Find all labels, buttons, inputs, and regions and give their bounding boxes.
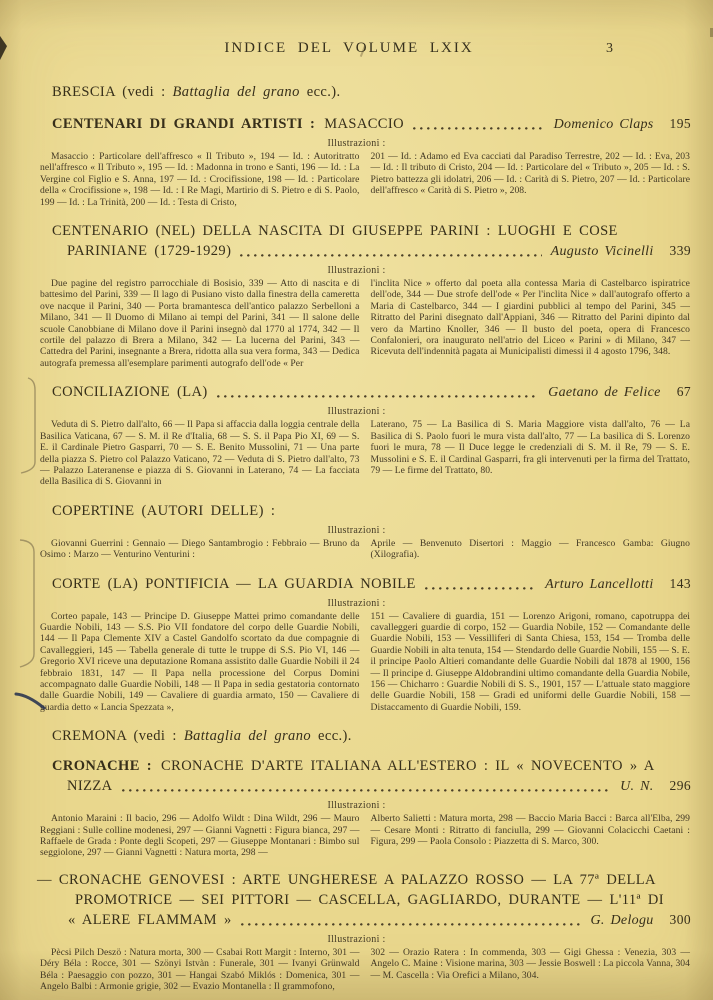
entry-page-ref: 195	[670, 116, 691, 132]
entry-term: CREMONA	[52, 728, 127, 744]
pencil-bracket-conciliazione	[21, 378, 35, 473]
illustrations-label: Illustrazioni :	[0, 525, 713, 536]
page-number: 3	[606, 41, 613, 57]
author-name: Augusto Vicinelli	[551, 244, 654, 260]
entry-parini-heading-line1: CENTENARIO (NEL) DELLA NASCITA DI GIUSEP…	[52, 223, 691, 240]
illustrations-label: Illustrazioni :	[0, 800, 713, 811]
entry-nizza-illustrations: Antonio Maraini : Il bacio, 296 — Adolfo…	[40, 813, 690, 859]
illustrations-label: Illustrazioni :	[0, 934, 713, 945]
column-right: Alberto Salietti : Matura morta, 298 — B…	[371, 813, 691, 859]
dot-leaders	[217, 395, 540, 398]
entry-page-ref: 339	[670, 243, 691, 259]
column-right: Laterano, 75 — La Basilica di S. Maria M…	[371, 419, 691, 487]
illustrations-label: Illustrazioni :	[0, 138, 713, 149]
illustrations-label: Illustrazioni :	[0, 598, 713, 609]
entry-copertine-illustrations: Giovanni Guerrini : Gennaio — Diego Sant…	[40, 538, 690, 561]
entry-masaccio-illustrations: Masaccio : Particolare dell'affresco « I…	[40, 151, 690, 208]
entry-corte-heading: CORTE (LA) PONTIFICIA — LA GUARDIA NOBIL…	[52, 576, 691, 593]
author-name: G. Delogu	[591, 913, 654, 929]
column-right: 302 — Orazio Ratera : In commenda, 303 —…	[371, 947, 691, 993]
entry-page-ref: 296	[670, 778, 691, 794]
entry-genovesi-heading-line2: PROMOTRICE — SEI PITTORI — CASCELLA, GAG…	[75, 892, 691, 909]
entry-page-ref: 67	[677, 384, 691, 400]
entry-page-ref: 143	[670, 576, 691, 592]
entry-page-ref: 300	[670, 912, 691, 928]
page-title: INDICE DEL VOLUME LXIX	[224, 40, 473, 57]
dot-leaders	[122, 789, 612, 792]
entry-subtitle: MASACCIO	[324, 116, 404, 133]
illustrations-label: Illustrazioni :	[0, 265, 713, 276]
entry-parini-illustrations: Due pagine del registro parrocchiale di …	[40, 278, 690, 369]
entry-parini-heading-line2: PARINIANE (1729-1929) Augusto Vicinelli …	[67, 243, 691, 260]
entry-term: CONCILIAZIONE (LA)	[52, 384, 208, 401]
dot-leaders	[241, 923, 582, 926]
author-name: Arturo Lancellotti	[545, 577, 653, 593]
entry-term: BRESCIA	[52, 84, 115, 100]
author-name: Gaetano de Felice	[548, 385, 661, 401]
column-right: 201 — Id. : Adamo ed Eva cacciati dal Pa…	[371, 151, 691, 208]
entry-copertine-heading: COPERTINE (AUTORI DELLE) :	[52, 503, 691, 520]
entry-term: CORTE (LA) PONTIFICIA — LA GUARDIA NOBIL…	[52, 576, 416, 593]
column-left: Corteo papale, 143 — Principe D. Giusepp…	[40, 611, 360, 714]
entry-term: CENTENARI DI GRANDI ARTISTI :	[52, 116, 315, 133]
column-right: l'inclita Nice » offerto dal poeta alla …	[371, 278, 691, 369]
entry-brescia: BRESCIA (vedi : Battaglia del grano ecc.…	[52, 84, 691, 101]
dot-leaders	[240, 254, 541, 257]
entry-genovesi-illustrations: Pècsi Pilch Deszö : Natura morta, 300 — …	[40, 947, 690, 993]
column-right: Aprile — Benvenuto Disertori : Maggio — …	[371, 538, 691, 561]
entry-subtitle: « ALERE FLAMMAM »	[68, 912, 232, 929]
entry-genovesi-heading-line3: « ALERE FLAMMAM » G. Delogu 300	[68, 912, 691, 929]
entry-cremona: CREMONA (vedi : Battaglia del grano ecc.…	[52, 728, 691, 745]
entry-subtitle: NIZZA	[67, 778, 113, 795]
column-right: 151 — Cavaliere di guardia, 151 — Lorenz…	[371, 611, 691, 714]
column-left: Pècsi Pilch Deszö : Natura morta, 300 — …	[40, 947, 360, 993]
author-name: Domenico Claps	[554, 117, 654, 133]
column-left: Veduta di S. Pietro dall'alto, 66 — Il P…	[40, 419, 360, 487]
entry-corte-illustrations: Corteo papale, 143 — Principe D. Giusepp…	[40, 611, 690, 714]
column-left: Masaccio : Particolare dell'affresco « I…	[40, 151, 360, 208]
column-left: Due pagine del registro parrocchiale di …	[40, 278, 360, 369]
entry-subtitle: PARINIANE (1729-1929)	[67, 243, 231, 260]
entry-masaccio-heading: CENTENARI DI GRANDI ARTISTI : MASACCIO D…	[52, 116, 691, 133]
entry-subtitle: CRONACHE D'ARTE ITALIANA ALL'ESTERO : IL…	[161, 758, 655, 774]
entry-nizza-heading-line2: NIZZA U. N. 296	[67, 778, 691, 795]
column-left: Giovanni Guerrini : Gennaio — Diego Sant…	[40, 538, 360, 561]
scanned-index-page: INDICE DEL VOLUME LXIX 3 BRESCIA (vedi :…	[0, 0, 713, 1000]
entry-conciliazione-illustrations: Veduta di S. Pietro dall'alto, 66 — Il P…	[40, 419, 690, 487]
entry-nizza-heading-line1: CRONACHE :CRONACHE D'ARTE ITALIANA ALL'E…	[52, 758, 691, 775]
illustrations-label: Illustrazioni :	[0, 406, 713, 417]
running-head: INDICE DEL VOLUME LXIX 3	[0, 40, 713, 58]
cross-reference: Battaglia del grano	[173, 84, 300, 100]
dot-leaders	[413, 127, 545, 130]
column-left: Antonio Maraini : Il bacio, 296 — Adolfo…	[40, 813, 360, 859]
dot-leaders	[425, 587, 536, 590]
entry-genovesi-heading-line1: — CRONACHE GENOVESI : ARTE UNGHERESE A P…	[37, 872, 691, 889]
cross-reference: Battaglia del grano	[184, 728, 311, 744]
entry-term: CRONACHE :	[52, 758, 152, 774]
entry-conciliazione-heading: CONCILIAZIONE (LA) Gaetano de Felice 67	[52, 384, 691, 401]
author-name: U. N.	[620, 779, 653, 795]
